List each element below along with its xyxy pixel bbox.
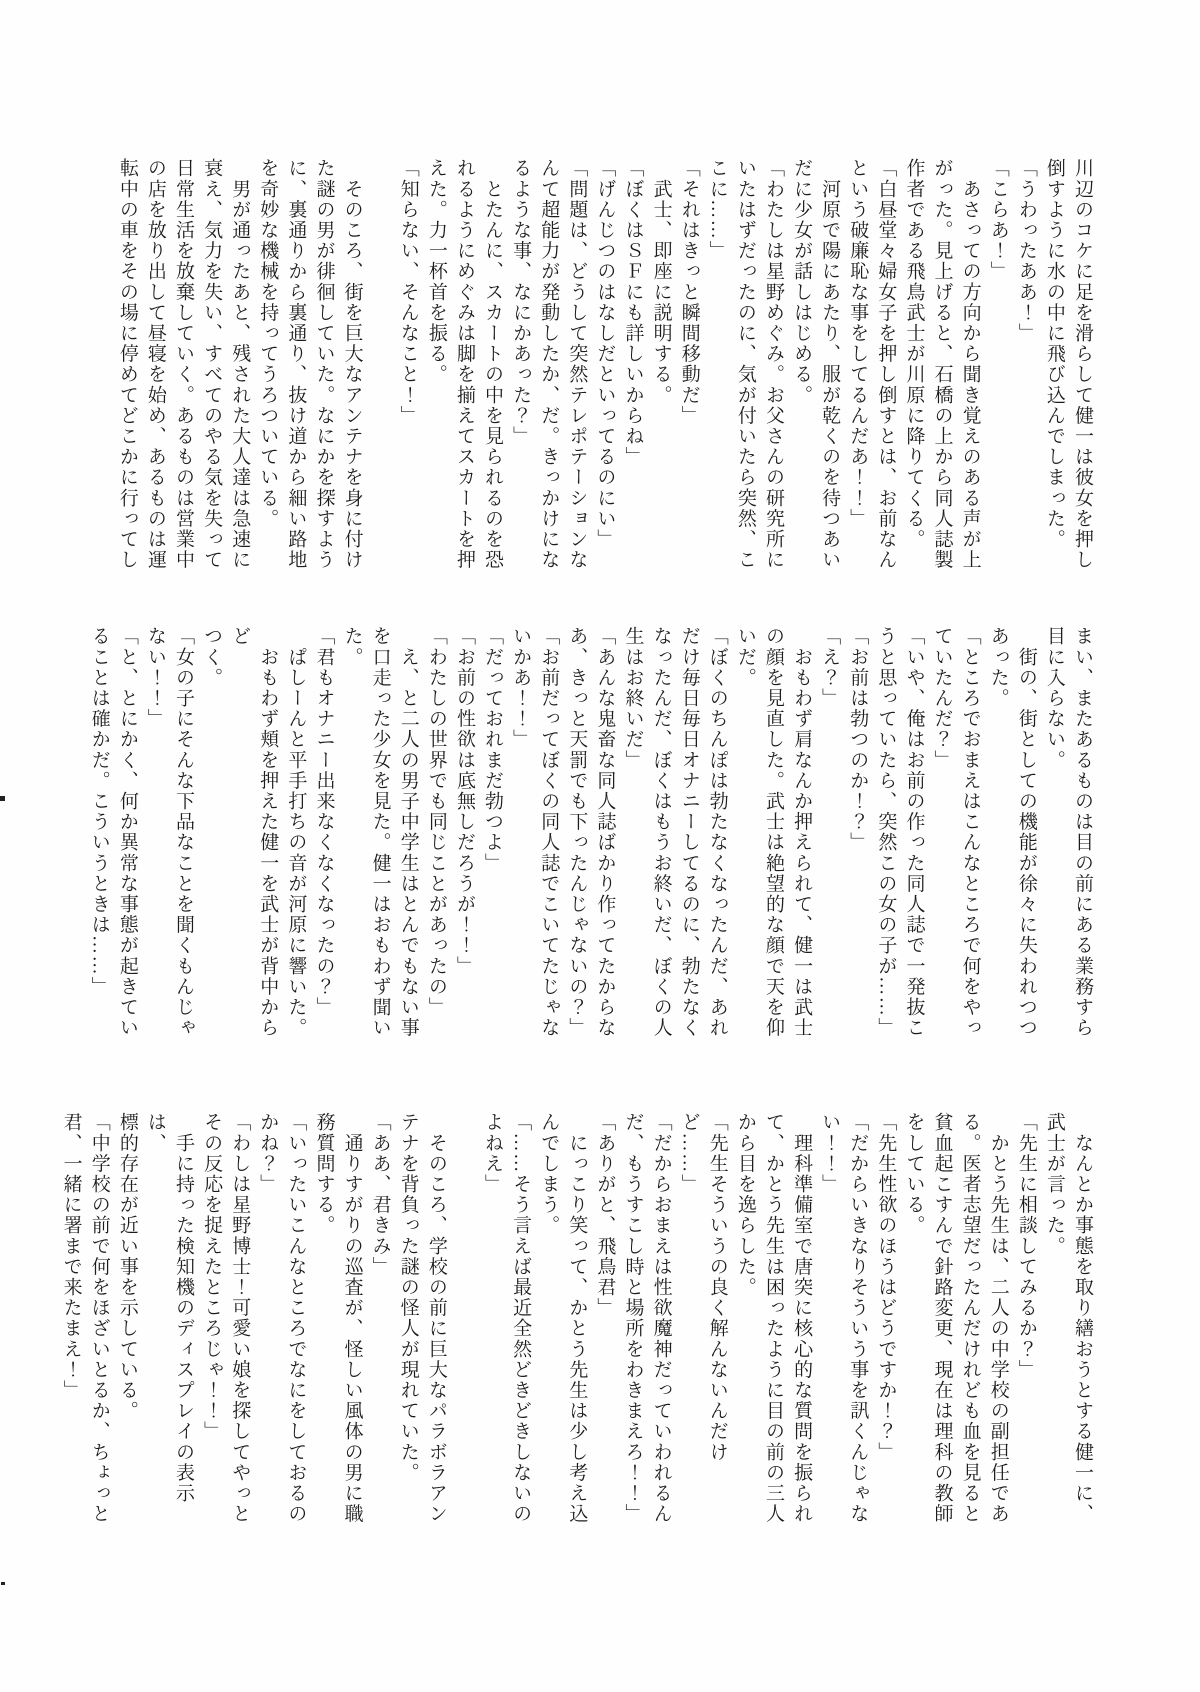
text-column: 生はお終いだ」 — [618, 626, 646, 1048]
text-column: 「それはきっと瞬間移動だ」 — [675, 158, 703, 580]
text-column: テナを背負った謎の怪人が現れていた。 — [394, 1112, 422, 1534]
text-column: 日常生活を放棄していく。あるものは営業中 — [169, 158, 197, 580]
text-column: 「ところでおまえはこんなところで何をやっ — [956, 626, 984, 1048]
text-column: 「お前の性欲は底無しだろうが！！」 — [450, 626, 478, 1048]
text-column: 「げんじつのはなしだといってるのにい」 — [590, 158, 618, 580]
text-column: 「お前だってぼくの同人誌でこいてたじゃな — [534, 626, 562, 1048]
text-column: 理科準備室で唐突に核心的な質問を振られ — [787, 1112, 815, 1534]
text-column: 作者である飛鳥武士が川原に降りてくる。 — [899, 158, 927, 580]
text-column: 手に持った検知機のディスプレイの表示は、 — [141, 1112, 197, 1534]
text-column: 「あんな鬼畜な同人誌ばかり作ってたからな — [590, 626, 618, 1048]
text-column: え、と二人の男子中学生はとんでもない事 — [394, 626, 422, 1048]
text-column: 「だっておれまだ勃つよ」 — [478, 626, 506, 1048]
text-column: その反応を捉えたところじゃ！！」 — [197, 1112, 225, 1534]
text-column: の顔を見直した。武士は絶望的な顔で天を仰 — [759, 626, 787, 1048]
text-column: て、かとう先生は困ったように目の前の三人 — [759, 1112, 787, 1534]
text-column: んでしまう。 — [534, 1112, 562, 1534]
text-column: た。 — [337, 626, 365, 1048]
text-column — [450, 1112, 478, 1534]
text-column: まい、またあるものは目の前にある業務すら — [1068, 626, 1096, 1048]
text-column: だに少女が話しはじめる。 — [787, 158, 815, 580]
scanned-novel-page: 川辺のコケに足を滑らして健一は彼女を押し倒すように水の中に飛び込んでしまった。「… — [0, 0, 1200, 1692]
text-band-top: 川辺のコケに足を滑らして健一は彼女を押し倒すように水の中に飛び込んでしまった。「… — [110, 158, 1096, 580]
text-column: から目を逸らした。 — [731, 1112, 759, 1534]
text-column: 川辺のコケに足を滑らして健一は彼女を押し — [1068, 158, 1096, 580]
text-column: うと思っていたら、突然この女の子が……」 — [871, 626, 899, 1048]
text-column: を奇妙な機械を持ってうろついている。 — [253, 158, 281, 580]
text-column: 「わしは星野博士！可愛い娘を探してやっと — [225, 1112, 253, 1534]
text-column: た謎の男が徘徊していた。なにかを探すよう — [309, 158, 337, 580]
text-column: 「ぼくのちんぽは勃たなくなったんだ、あれ — [703, 626, 731, 1048]
text-column: 通りすがりの巡査が、怪しい風体の男に職 — [337, 1112, 365, 1534]
text-column: 「先生そういうの良く解んないんだけど……」 — [675, 1112, 731, 1534]
text-column: 倒すように水の中に飛び込んでしまった。 — [1040, 158, 1068, 580]
text-column: 「中学校の前で何をほざいとるか、ちょっと — [85, 1112, 113, 1534]
text-column: 「先生性欲のほうはどうですか！？」 — [871, 1112, 899, 1534]
text-column: なんとか事態を取り繕おうとする健一に、 — [1068, 1112, 1096, 1534]
text-column: 「だからいきなりそういう事を訊くんじゃな — [843, 1112, 871, 1534]
text-column: 「お前は勃つのか！？」 — [843, 626, 871, 1048]
text-column: とたんに、スカートの中を見られるのを恐 — [478, 158, 506, 580]
text-column: そのころ、街を巨大なアンテナを身に付け — [337, 158, 365, 580]
text-column: に、裏通りから裏通り、抜け道から細い路地 — [281, 158, 309, 580]
text-column: ぱしーんと平手打ちの音が河原に響いた。 — [281, 626, 309, 1048]
text-column: をしている。 — [899, 1112, 927, 1534]
text-column: ることは確かだ。こういうときは……」 — [85, 626, 113, 1048]
text-column: おもわず頬を押えた健一を武士が背中からど — [225, 626, 281, 1048]
text-column: かね？」 — [253, 1112, 281, 1534]
scan-speck — [0, 796, 5, 801]
text-column: いたはずだったのに、気が付いたら突然、こ — [731, 158, 759, 580]
text-column: 貧血起こすんで針路変更、現在は理科の教師 — [927, 1112, 955, 1534]
text-column: 街の、街としての機能が徐々に失われつつ — [1012, 626, 1040, 1048]
text-column: 「……そう言えば最近全然どきどきしないの — [506, 1112, 534, 1534]
text-column: るような事、なにかあった？」 — [506, 158, 534, 580]
text-column: 「ぼくはＳＦにも詳しいからね」 — [618, 158, 646, 580]
text-column: だ、もうすこし時と場所をわきまえろ！！」 — [618, 1112, 646, 1534]
text-column: おもわず肩なんか押えられて、健一は武士 — [787, 626, 815, 1048]
text-column: かとう先生は、二人の中学校の副担任であ — [984, 1112, 1012, 1534]
text-column: 男が通ったあと、残された大人達は急速に — [225, 158, 253, 580]
text-column: 「え？」 — [815, 626, 843, 1048]
text-column: い！！」 — [815, 1112, 843, 1534]
text-column: つく。 — [197, 626, 225, 1048]
text-column: 武士、即座に説明する。 — [647, 158, 675, 580]
text-column: 転中の車をその場に停めてどこかに行ってし — [113, 158, 141, 580]
text-column: 「知らない、そんなこと！」 — [394, 158, 422, 580]
text-column: 「と、とにかく、何か異常な事態が起きてい — [113, 626, 141, 1048]
text-column: 「先生に相談してみるか？」 — [1012, 1112, 1040, 1534]
text-column: ていたんだ？」 — [927, 626, 955, 1048]
text-column: そのころ、学校の前に巨大なパラボラアン — [422, 1112, 450, 1534]
text-column: 務質問する。 — [309, 1112, 337, 1534]
text-column: 「だからおまえは性欲魔神だっていわれるん — [647, 1112, 675, 1534]
text-column: の店を放り出して昼寝を始め、あるものは運 — [141, 158, 169, 580]
text-column: る。医者志望だったんだけれども血を見ると — [956, 1112, 984, 1534]
text-column: よねえ」 — [478, 1112, 506, 1534]
text-column: にっこり笑って、かとう先生は少し考え込 — [562, 1112, 590, 1534]
text-column: 河原で陽にあたり、服が乾くのを待つあい — [815, 158, 843, 580]
text-column: 君、一緒に署まで来たまえ！」 — [57, 1112, 85, 1534]
text-column: 武士が言った。 — [1040, 1112, 1068, 1534]
text-column: 「うわったああ！」 — [1012, 158, 1040, 580]
text-column: 衰え、気力を失い、すべてのやる気を失って — [197, 158, 225, 580]
text-column: だけ毎日毎日オナニーしてるのに、勃たなく — [675, 626, 703, 1048]
text-column: 「わたしは星野めぐみ。お父さんの研究所に — [759, 158, 787, 580]
text-column: 「女の子にそんな下品なことを聞くもんじゃ — [169, 626, 197, 1048]
text-column: 「白昼堂々婦女子を押し倒すとは、お前なん — [871, 158, 899, 580]
text-column: を口走った少女を見た。健一はおもわず聞い — [366, 626, 394, 1048]
text-column: 目に入らない。 — [1040, 626, 1068, 1048]
text-column: ない！！」 — [141, 626, 169, 1048]
text-column: んて超能力が発動したか、だ。きっかけにな — [534, 158, 562, 580]
text-column: なったんだ、ぼくはもうお終いだ、ぼくの人 — [647, 626, 675, 1048]
text-column: あった。 — [984, 626, 1012, 1048]
text-band-bottom: なんとか事態を取り繕おうとする健一に、武士が言った。「先生に相談してみるか？」 … — [110, 1112, 1096, 1534]
text-column: 「君もオナニー出来なくなくなったの？」 — [309, 626, 337, 1048]
text-column: あ、きっと天罰でも下ったんじゃないの？」 — [562, 626, 590, 1048]
text-column: 「ああ、君きみ」 — [366, 1112, 394, 1534]
text-column: あさっての方向から聞き覚えのある声が上 — [956, 158, 984, 580]
text-column: 「わたしの世界でも同じことがあったの」 — [422, 626, 450, 1048]
scan-speck — [1, 1582, 5, 1585]
text-column: という破廉恥な事をしてるんだあ！！」 — [843, 158, 871, 580]
text-column: がった。見上げると、石橋の上から同人誌製 — [927, 158, 955, 580]
text-column: 「いったいこんなところでなにをしておるの — [281, 1112, 309, 1534]
text-column: 「いや、俺はお前の作った同人誌で一発抜こ — [899, 626, 927, 1048]
text-column: えた。力一杯首を振る。 — [422, 158, 450, 580]
text-column: れるようにめぐみは脚を揃えてスカートを押 — [450, 158, 478, 580]
text-column: いかあ！！」 — [506, 626, 534, 1048]
text-column: 標的存在が近い事を示している。 — [113, 1112, 141, 1534]
text-column: いだ。 — [731, 626, 759, 1048]
text-column: こに……」 — [703, 158, 731, 580]
text-band-middle: まい、またあるものは目の前にある業務すら目に入らない。 街の、街としての機能が徐… — [110, 626, 1096, 1048]
text-column: 「ありがと、飛鳥君」 — [590, 1112, 618, 1534]
text-column: 「問題は、どうして突然テレポテーションな — [562, 158, 590, 580]
text-column: 「こらあ！」 — [984, 158, 1012, 580]
text-column — [366, 158, 394, 580]
